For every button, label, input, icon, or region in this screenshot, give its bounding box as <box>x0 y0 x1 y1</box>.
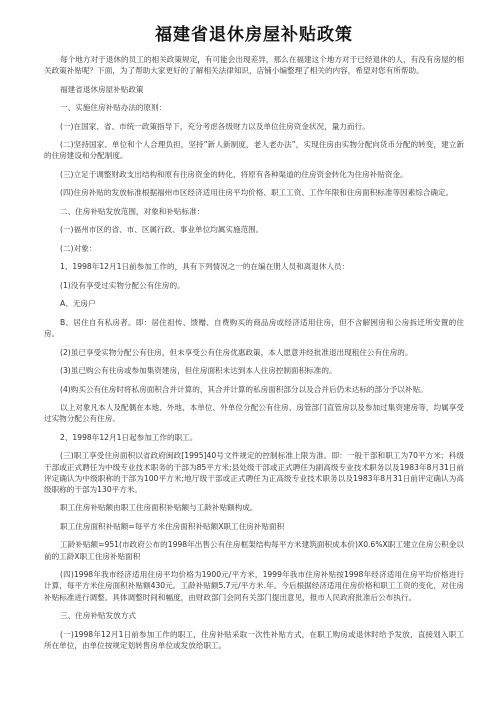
paragraph: (三)立足于调整财政支出结构和原有住房资金的转化，将原有各种渠道的住房资金转化为… <box>44 169 464 180</box>
paragraph: (1)没有享受过实物分配公有住房的。 <box>44 280 464 291</box>
section-heading-2: 二、住房补贴发放范围，对象和补贴标准： <box>44 206 464 217</box>
document-body: 每个地方对于退休的员工的相关政策规定，有可能会出现差异，那么在福建这个地方对于已… <box>44 54 464 658</box>
paragraph: 职工住房补贴额由职工住房面积补贴额与工龄补贴额构成。 <box>44 502 464 513</box>
section-heading-3: 三、住房补贴发放方式 <box>44 610 464 621</box>
paragraph: (三)职工享受住房面积以省政府闽政[1995]40号文件规定的控制标准上限为准。… <box>44 450 464 495</box>
paragraph-intro: 每个地方对于退休的员工的相关政策规定，有可能会出现差异，那么在福建这个地方对于已… <box>44 54 464 76</box>
paragraph: (3)虽已购公有住房或参加集资建房，但住房面积未达到本人住房控制面积标准的。 <box>44 365 464 376</box>
paragraph: (四)住房补贴的发放标准根据福州市区经济适用住房平均价格、职工工资、工作年限和住… <box>44 187 464 198</box>
paragraph: (一)在国家、省、市统一政策指导下，充分考虑各级财力以及单位住房资金状况，量力而… <box>44 121 464 132</box>
paragraph: 2、1998年12月1日起参加工作的职工。 <box>44 432 464 443</box>
formula-paragraph: 职工住房面积补贴额=每平方米住房面积补贴额X职工住房补贴面积 <box>44 521 464 532</box>
paragraph: 1、1998年12月1日前参加工作的，具有下列情况之一的在编在册人员和离退休人员… <box>44 261 464 272</box>
paragraph: 以上对象凡本人及配偶在本地、外地、本单位、外单位分配公有住房、房管部门直管房以及… <box>44 402 464 424</box>
formula-paragraph: 工龄补贴额=951(市政府公布的1998年出售公有住房框架结构每平方米建筑面积成… <box>44 539 464 561</box>
paragraph: (四)1998年我市经济适用住房平均价格为1900元/平方米，1999年我市住房… <box>44 569 464 603</box>
paragraph: (一)福州市区的省、市、区属行政、事业单位均属实施范围。 <box>44 224 464 235</box>
section-heading-1: 一、实施住房补贴办法的原则： <box>44 102 464 113</box>
paragraph: (二)坚持国家、单位和个人合理负担，坚持“新人新制度，老人老办法”，实现住房由实… <box>44 139 464 161</box>
paragraph: (一)1998年12月1日前参加工作的职工，住房补贴采取一次性补贴方式，在职工购… <box>44 629 464 651</box>
paragraph: A、无房户 <box>44 298 464 309</box>
paragraph: (二)对象： <box>44 243 464 254</box>
paragraph-subtitle: 福建省退休房屋补贴政策 <box>44 84 464 95</box>
paragraph: B、居住自有私房者。即：居住祖传、馈赠、自费购买的商品房或经济适用住房，但不含解… <box>44 317 464 339</box>
paragraph: (2)虽已享受实物分配公有住房，但未享受公有住房优惠政策，本人愿意并经批准退出现… <box>44 347 464 358</box>
document-title: 福建省退休房屋补贴政策 <box>44 20 464 45</box>
paragraph: (4)购买公有住房时将私房面积合并计算的，其合并计算的私房面积部分以及合并后仍未… <box>44 384 464 395</box>
